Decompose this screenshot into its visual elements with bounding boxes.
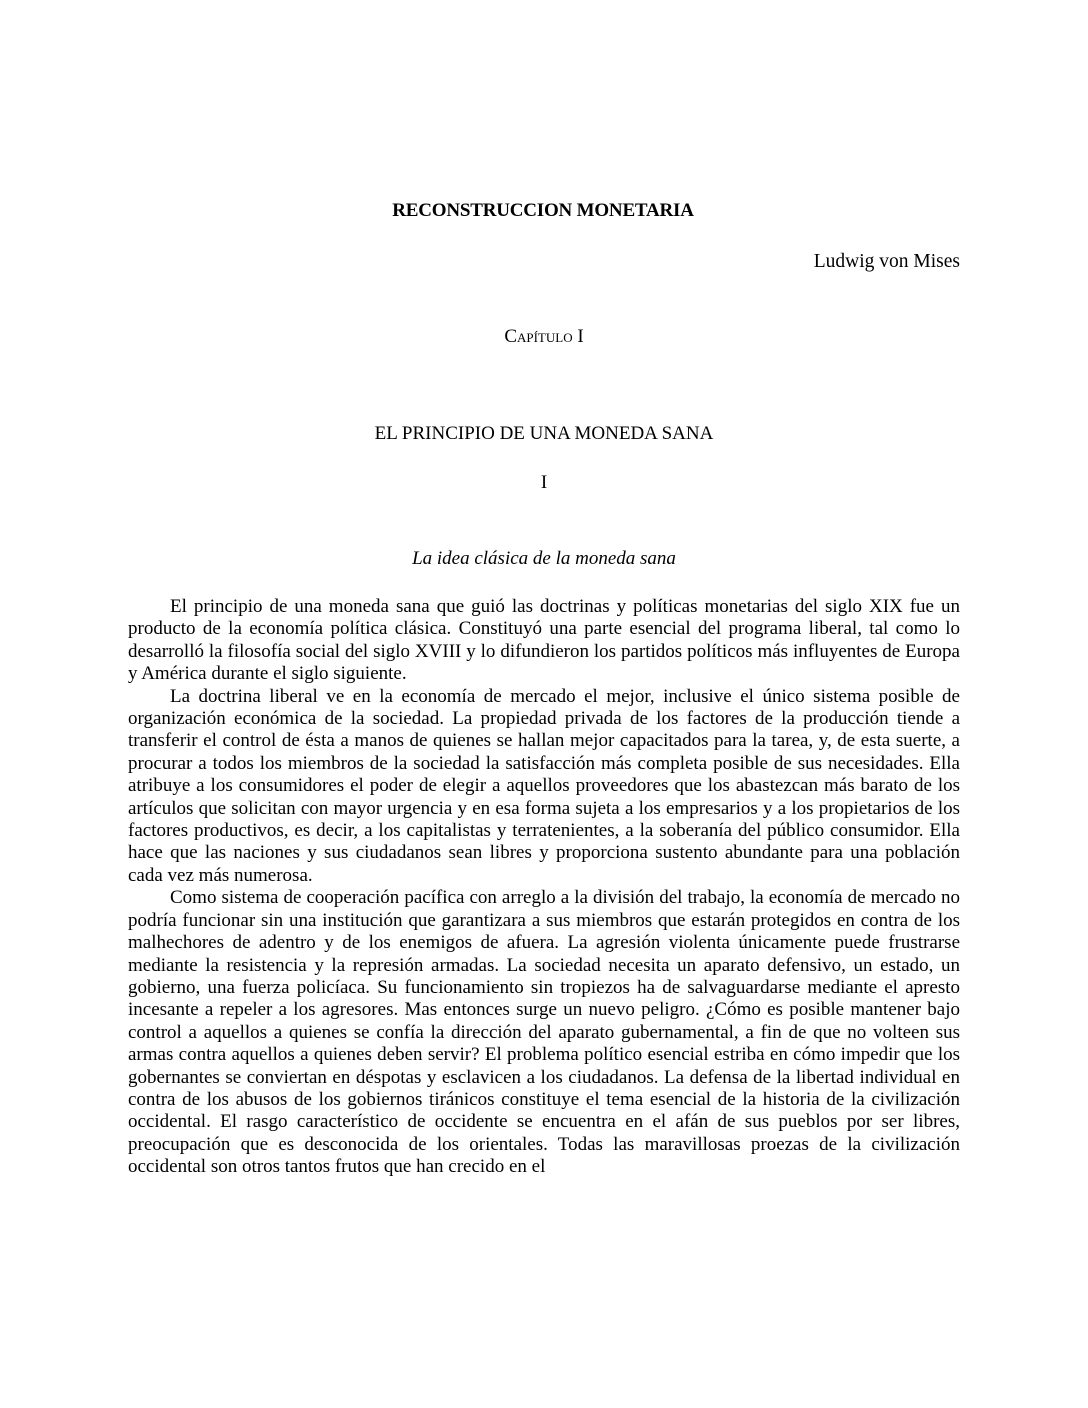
section-number: I <box>0 472 1088 494</box>
document-title: RECONSTRUCCION MONETARIA <box>0 200 1088 222</box>
body-text: El principio de una moneda sana que guió… <box>128 596 960 1179</box>
paragraph: El principio de una moneda sana que guió… <box>128 596 960 686</box>
document-page: RECONSTRUCCION MONETARIA Ludwig von Mise… <box>0 0 1088 1408</box>
author-name: Ludwig von Mises <box>814 251 960 273</box>
paragraph: La doctrina liberal ve en la economía de… <box>128 686 960 888</box>
section-title: La idea clásica de la moneda sana <box>0 548 1088 570</box>
document-title-text: RECONSTRUCCION MONETARIA <box>392 200 694 221</box>
paragraph: Como sistema de cooperación pacífica con… <box>128 887 960 1178</box>
chapter-label-text: Capítulo I <box>504 326 583 347</box>
chapter-title: EL PRINCIPIO DE UNA MONEDA SANA <box>0 423 1088 445</box>
chapter-label: Capítulo I <box>0 326 1088 348</box>
